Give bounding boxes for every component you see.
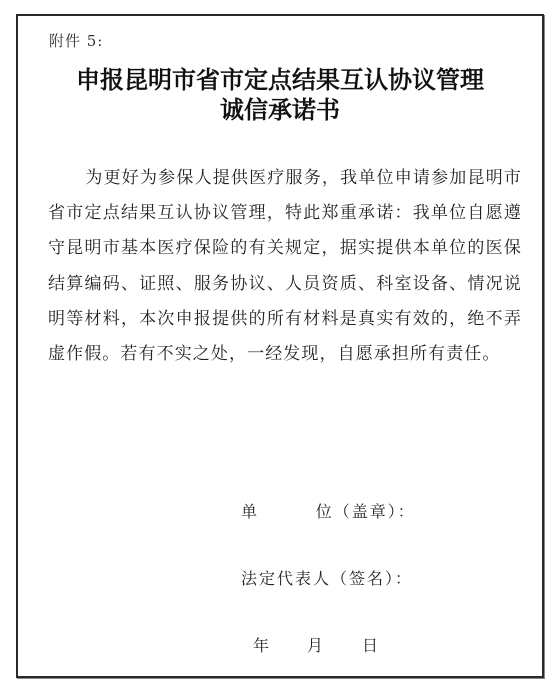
date-month-label: 月 — [307, 633, 323, 656]
legal-representative-label: 法定代表人（签名）： — [241, 566, 413, 589]
attachment-label: 附件 5: — [49, 30, 103, 51]
date-day-label: 日 — [362, 633, 378, 656]
commitment-paragraph: 为更好为参保人提供医疗服务，我单位申请参加昆明市省市定点结果互认协议管理，特此郑… — [48, 161, 522, 372]
date-year-label: 年 — [253, 633, 269, 656]
document-subtitle: 诚信承诺书 — [0, 90, 560, 125]
unit-seal-label: 单 位（盖章）： — [241, 499, 416, 522]
